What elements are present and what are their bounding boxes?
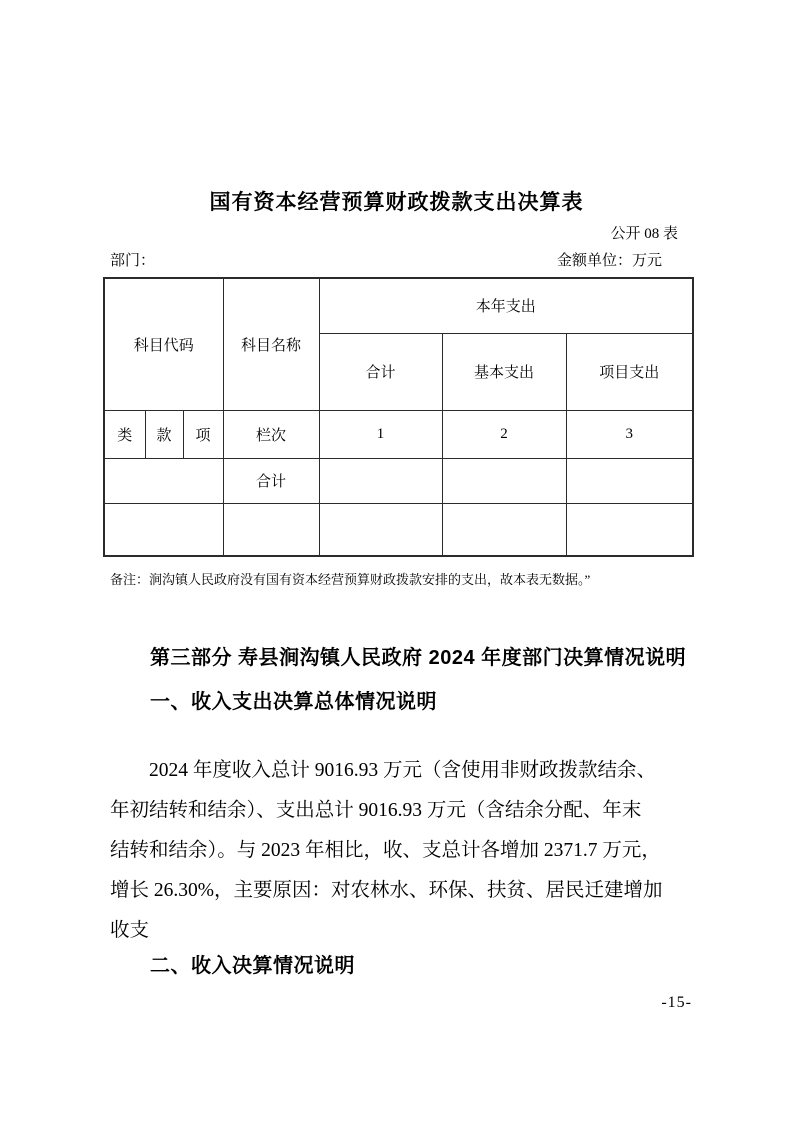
cell-name — [223, 503, 319, 556]
band-col-1: 1 — [319, 410, 442, 458]
page-number: -15- — [661, 994, 692, 1012]
header-current-year-expenditure: 本年支出 — [319, 278, 693, 333]
band-col-2: 2 — [442, 410, 566, 458]
band-item: 项 — [183, 410, 223, 458]
band-col-3: 3 — [566, 410, 693, 458]
cell-project-value — [566, 458, 693, 503]
paragraph-line: 2024 年度收入总计 9016.93 万元（含使用非财政拨款结余、 — [110, 751, 706, 791]
cell-total-value — [319, 458, 442, 503]
cell-basic-value — [442, 503, 566, 556]
band-section: 款 — [145, 410, 183, 458]
overview-paragraph: 2024 年度收入总计 9016.93 万元（含使用非财政拨款结余、 年初结转和… — [110, 751, 706, 951]
public-table-code: 公开 08 表 — [610, 222, 678, 243]
paragraph-line: 收支 — [110, 911, 706, 951]
page-title: 国有资本经营预算财政拨款支出决算表 — [0, 186, 793, 216]
table-row-total: 合计 — [104, 458, 693, 503]
cell-code — [104, 503, 223, 556]
header-subject-name: 科目名称 — [223, 278, 319, 410]
department-label: 部门： — [110, 249, 155, 270]
table-row-empty — [104, 503, 693, 556]
cell-total-value — [319, 503, 442, 556]
table-band-row: 类 款 项 栏次 1 2 3 — [104, 410, 693, 458]
header-basic-expenditure: 基本支出 — [442, 333, 566, 410]
expenditure-table: 科目代码 科目名称 本年支出 合计 基本支出 项目支出 类 款 项 栏次 1 2… — [103, 277, 694, 557]
header-project-expenditure: 项目支出 — [566, 333, 693, 410]
section2-heading: 二、收入决算情况说明 — [150, 949, 355, 978]
paragraph-line: 结转和结余）。与 2023 年相比，收、支总计各增加 2371.7 万元， — [110, 831, 706, 871]
cell-name-total: 合计 — [223, 458, 319, 503]
table-header-row-1: 科目代码 科目名称 本年支出 — [104, 278, 693, 333]
band-column-label: 栏次 — [223, 410, 319, 458]
table-note: 备注：涧沟镇人民政府没有国有资本经营预算财政拨款安排的支出，故本表无数据。” — [110, 569, 700, 588]
header-total: 合计 — [319, 333, 442, 410]
document-page: 国有资本经营预算财政拨款支出决算表 公开 08 表 部门： 金额单位：万元 科目… — [0, 0, 793, 1122]
amount-unit-label: 金额单位：万元 — [557, 249, 662, 270]
band-class: 类 — [104, 410, 145, 458]
section1-heading: 一、收入支出决算总体情况说明 — [150, 685, 437, 714]
header-subject-code: 科目代码 — [104, 278, 223, 410]
paragraph-line: 年初结转和结余）、支出总计 9016.93 万元（含结余分配、年末 — [110, 791, 706, 831]
cell-project-value — [566, 503, 693, 556]
cell-code — [104, 458, 223, 503]
paragraph-line: 增长 26.30%，主要原因：对农林水、环保、扶贫、居民迁建增加 — [110, 871, 706, 911]
cell-basic-value — [442, 458, 566, 503]
part3-heading: 第三部分 寿县涧沟镇人民政府 2024 年度部门决算情况说明 — [150, 641, 686, 670]
